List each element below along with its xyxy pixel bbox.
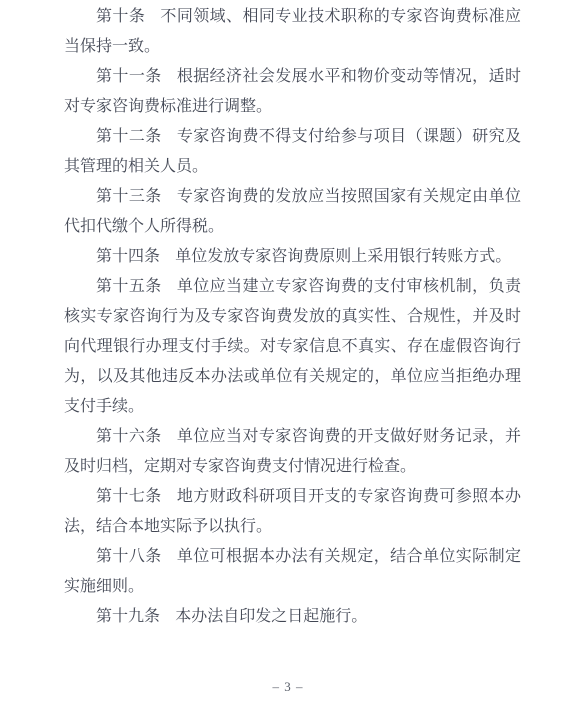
article-text: 单位应当建立专家咨询费的支付审核机制，负责核实专家咨询行为及专家咨询费发放的真实… bbox=[64, 278, 521, 415]
article-paragraph: 第十五条单位应当建立专家咨询费的支付审核机制，负责核实专家咨询行为及专家咨询费发… bbox=[64, 272, 521, 422]
document-page: 第十条不同领域、相同专业技术职称的专家咨询费标准应当保持一致。 第十一条根据经济… bbox=[0, 0, 576, 705]
article-text: 单位发放专家咨询费原则上采用银行转账方式。 bbox=[175, 248, 511, 265]
document-body: 第十条不同领域、相同专业技术职称的专家咨询费标准应当保持一致。 第十一条根据经济… bbox=[64, 2, 521, 632]
article-number: 第十二条 bbox=[96, 128, 162, 145]
article-text: 本办法自印发之日起施行。 bbox=[175, 608, 367, 625]
article-number: 第十六条 bbox=[96, 428, 162, 445]
article-paragraph: 第十六条单位应当对专家咨询费的开支做好财务记录，并及时归档，定期对专家咨询费支付… bbox=[64, 422, 521, 482]
article-paragraph: 第十八条单位可根据本办法有关规定，结合单位实际制定实施细则。 bbox=[64, 542, 521, 602]
page-number: – 3 – bbox=[0, 679, 576, 695]
article-number: 第十八条 bbox=[96, 548, 162, 565]
article-paragraph: 第十七条地方财政科研项目开支的专家咨询费可参照本办法，结合本地实际予以执行。 bbox=[64, 482, 521, 542]
article-number: 第十五条 bbox=[96, 278, 162, 295]
article-number: 第十四条 bbox=[96, 248, 160, 265]
article-paragraph: 第十一条根据经济社会发展水平和物价变动等情况，适时对专家咨询费标准进行调整。 bbox=[64, 62, 521, 122]
article-number: 第十七条 bbox=[96, 488, 162, 505]
article-paragraph: 第十九条本办法自印发之日起施行。 bbox=[64, 602, 521, 632]
article-paragraph: 第十四条单位发放专家咨询费原则上采用银行转账方式。 bbox=[64, 242, 521, 272]
article-paragraph: 第十三条专家咨询费的发放应当按照国家有关规定由单位代扣代缴个人所得税。 bbox=[64, 182, 521, 242]
article-number: 第十条 bbox=[96, 8, 145, 25]
article-paragraph: 第十二条专家咨询费不得支付给参与项目（课题）研究及其管理的相关人员。 bbox=[64, 122, 521, 182]
article-paragraph: 第十条不同领域、相同专业技术职称的专家咨询费标准应当保持一致。 bbox=[64, 2, 521, 62]
article-number: 第十一条 bbox=[96, 68, 162, 85]
article-number: 第十三条 bbox=[96, 188, 162, 205]
article-number: 第十九条 bbox=[96, 608, 160, 625]
